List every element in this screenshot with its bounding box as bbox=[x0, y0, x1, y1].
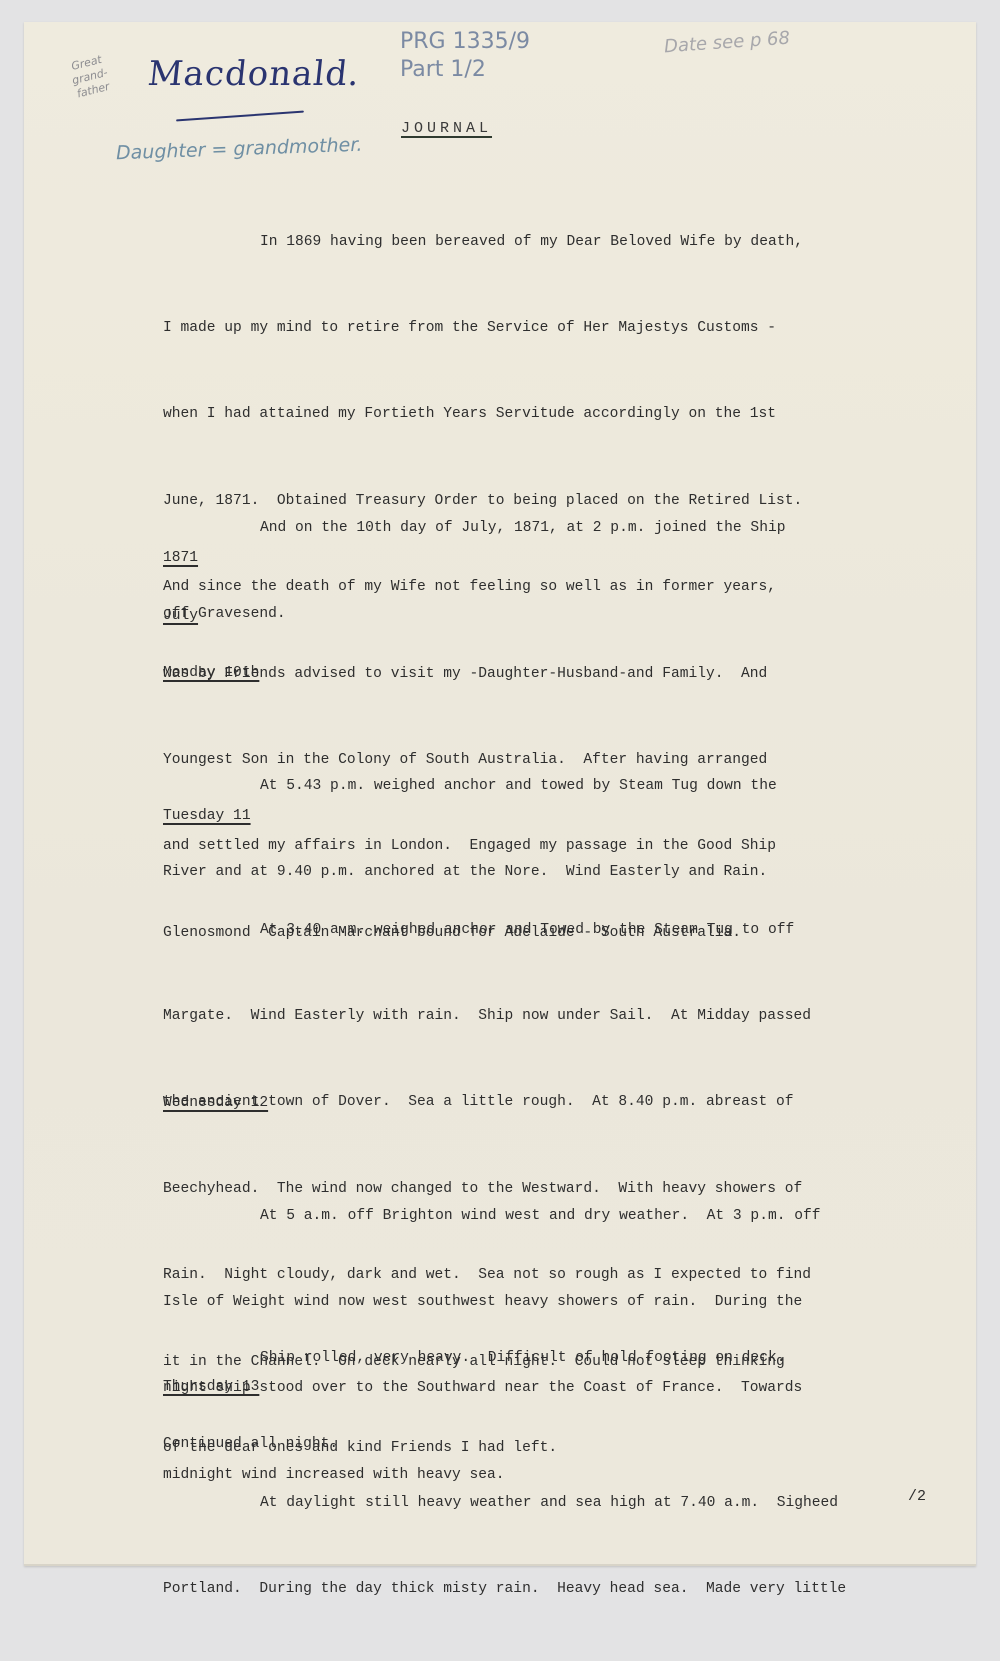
year-heading: 1871 bbox=[163, 550, 198, 566]
archive-reference: PRG 1335/9 Part 1/2 bbox=[400, 28, 530, 84]
text-line: Portland. During the day thick misty rai… bbox=[163, 1575, 923, 1604]
archive-reference-part: Part 1/2 bbox=[400, 56, 530, 84]
document-page: Great grand-father Macdonald. Daughter =… bbox=[24, 22, 976, 1566]
entry-heading-monday: Monday 10th bbox=[163, 665, 259, 681]
text-line: At daylight still heavy weather and sea … bbox=[163, 1489, 923, 1518]
text-line: At 5 a.m. off Brighton wind west and dry… bbox=[163, 1202, 923, 1231]
text-line: Ship rolled, very heavy. Difficult of ho… bbox=[163, 1344, 923, 1373]
text-line: At 5.43 p.m. weighed anchor and towed by… bbox=[163, 772, 923, 801]
handwritten-underline bbox=[176, 111, 304, 122]
handwritten-note-great-grandfather: Great grand-father bbox=[56, 49, 124, 104]
text-line: Margate. Wind Easterly with rain. Ship n… bbox=[163, 1002, 923, 1031]
document-title: JOURNAL bbox=[401, 120, 492, 137]
joining-paragraph: And on the 10th day of July, 1871, at 2 … bbox=[163, 456, 923, 686]
month-heading: July bbox=[163, 608, 198, 624]
entry-heading-tuesday: Tuesday 11 bbox=[163, 808, 251, 824]
page-continuation-marker: /2 bbox=[908, 1488, 926, 1505]
entry-heading-wednesday: Wednesday 12 bbox=[163, 1095, 268, 1111]
handwritten-date-note: Date see p 68 bbox=[663, 28, 790, 58]
text-line: In 1869 having been bereaved of my Dear … bbox=[163, 228, 923, 257]
text-line: the ancient town of Dover. Sea a little … bbox=[163, 1088, 923, 1117]
text-line: I made up my mind to retire from the Ser… bbox=[163, 314, 923, 343]
handwritten-surname: Macdonald. bbox=[146, 54, 362, 94]
entry-heading-thursday: Thursday 13 bbox=[163, 1379, 259, 1395]
text-line: when I had attained my Fortieth Years Se… bbox=[163, 400, 923, 429]
handwritten-note-daughter: Daughter = grandmother. bbox=[116, 134, 363, 165]
text-line: At 3.40 a.m. weighed anchor and Towed by… bbox=[163, 916, 923, 945]
archive-reference-number: PRG 1335/9 bbox=[400, 28, 530, 56]
text-line: off Gravesend. bbox=[163, 600, 923, 629]
entry-paragraph: At daylight still heavy weather and sea … bbox=[163, 1431, 923, 1604]
text-line: And on the 10th day of July, 1871, at 2 … bbox=[163, 514, 923, 543]
